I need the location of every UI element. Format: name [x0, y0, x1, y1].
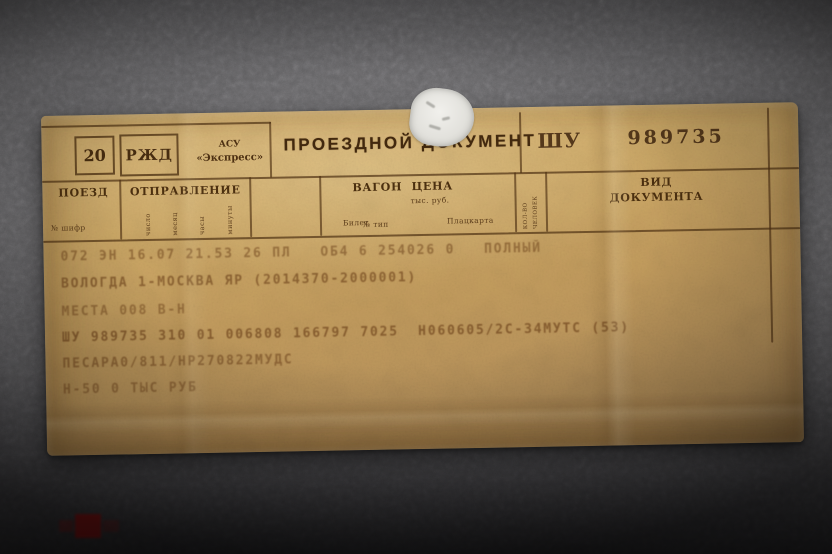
- column-price-units: тыс. руб.: [410, 195, 449, 205]
- form-rule-main-bottom: [43, 227, 800, 243]
- carrier-box: РЖД: [119, 133, 179, 176]
- form-col-divider-2: [249, 177, 252, 237]
- column-departure-sub-hours: часы: [197, 199, 206, 235]
- system-name-line1: АСУ: [189, 139, 269, 151]
- column-departure-sub-day: число: [144, 200, 153, 236]
- form-code: 20: [83, 146, 106, 165]
- paper-crease-vertical: [586, 105, 636, 446]
- form-rule-top: [41, 122, 271, 128]
- printed-line-passenger: ПЕСАРА0/811/НР270822МУДС: [62, 352, 293, 371]
- watermark-block: [75, 514, 101, 538]
- printed-line-document-codes: ШУ 989735 310 01 006808 166797 7025 Н060…: [62, 320, 630, 345]
- watermark-block: [103, 520, 119, 532]
- watermark-block: [59, 520, 73, 532]
- form-divider-header-1: [269, 122, 272, 178]
- paper-crease-horizontal: [46, 390, 803, 434]
- hole-texture-mark: [425, 101, 435, 109]
- ticket-title: ПРОЕЗДНОЙ ДОКУМЕНТ: [283, 131, 536, 156]
- printed-line-route: ВОЛОГДА 1-МОСКВА ЯР (2014370-2000001): [61, 270, 417, 292]
- form-code-box: 20: [74, 136, 115, 176]
- column-train-sub: № шифр: [51, 223, 86, 233]
- form-col-divider-1: [119, 180, 122, 240]
- column-people-label-line2: ЧЕЛОВЕК: [532, 179, 539, 229]
- form-col-divider-5: [545, 172, 548, 232]
- carrier-label: РЖД: [125, 146, 173, 165]
- serial-number: 989735: [627, 125, 725, 149]
- column-doc-type-label-line2: ДОКУМЕНТА: [576, 189, 736, 205]
- column-doc-type-label-line1: ВИД: [576, 174, 736, 190]
- printed-line-total-price: Н-50 0 ТЫС РУБ: [63, 380, 198, 397]
- photo-watermark: [53, 512, 127, 542]
- hole-texture-mark: [442, 116, 450, 121]
- form-col-divider-4: [514, 172, 517, 232]
- column-price-sub-ticket: Билет: [343, 218, 369, 227]
- column-price-sub-berth: Плацкарта: [447, 216, 494, 226]
- form-right-border: [767, 108, 773, 343]
- column-price-label: ЦЕНА: [352, 178, 512, 194]
- hole-texture-mark: [429, 124, 441, 130]
- photo: 20 РЖД АСУ «Экспресс» ПРОЕЗДНОЙ ДОКУМЕНТ…: [0, 0, 832, 554]
- column-departure-sub-month: месяц: [171, 199, 180, 235]
- column-people-label-line1: КОЛ-ВО: [522, 179, 529, 229]
- series-label: ШУ: [537, 128, 581, 153]
- printed-line-seats: МЕСТА 008 В-Н: [61, 302, 186, 319]
- column-train-label: ПОЕЗД: [48, 186, 118, 200]
- column-departure-sub-minutes: минуты: [225, 198, 234, 234]
- system-name-line2: «Экспресс»: [182, 152, 278, 165]
- column-departure-label: ОТПРАВЛЕНИЕ: [124, 183, 246, 198]
- train-ticket: 20 РЖД АСУ «Экспресс» ПРОЕЗДНОЙ ДОКУМЕНТ…: [41, 102, 804, 456]
- printed-line-train-info: 072 ЭН 16.07 21.53 26 ПЛ ОБ4 6 254026 0 …: [60, 241, 542, 265]
